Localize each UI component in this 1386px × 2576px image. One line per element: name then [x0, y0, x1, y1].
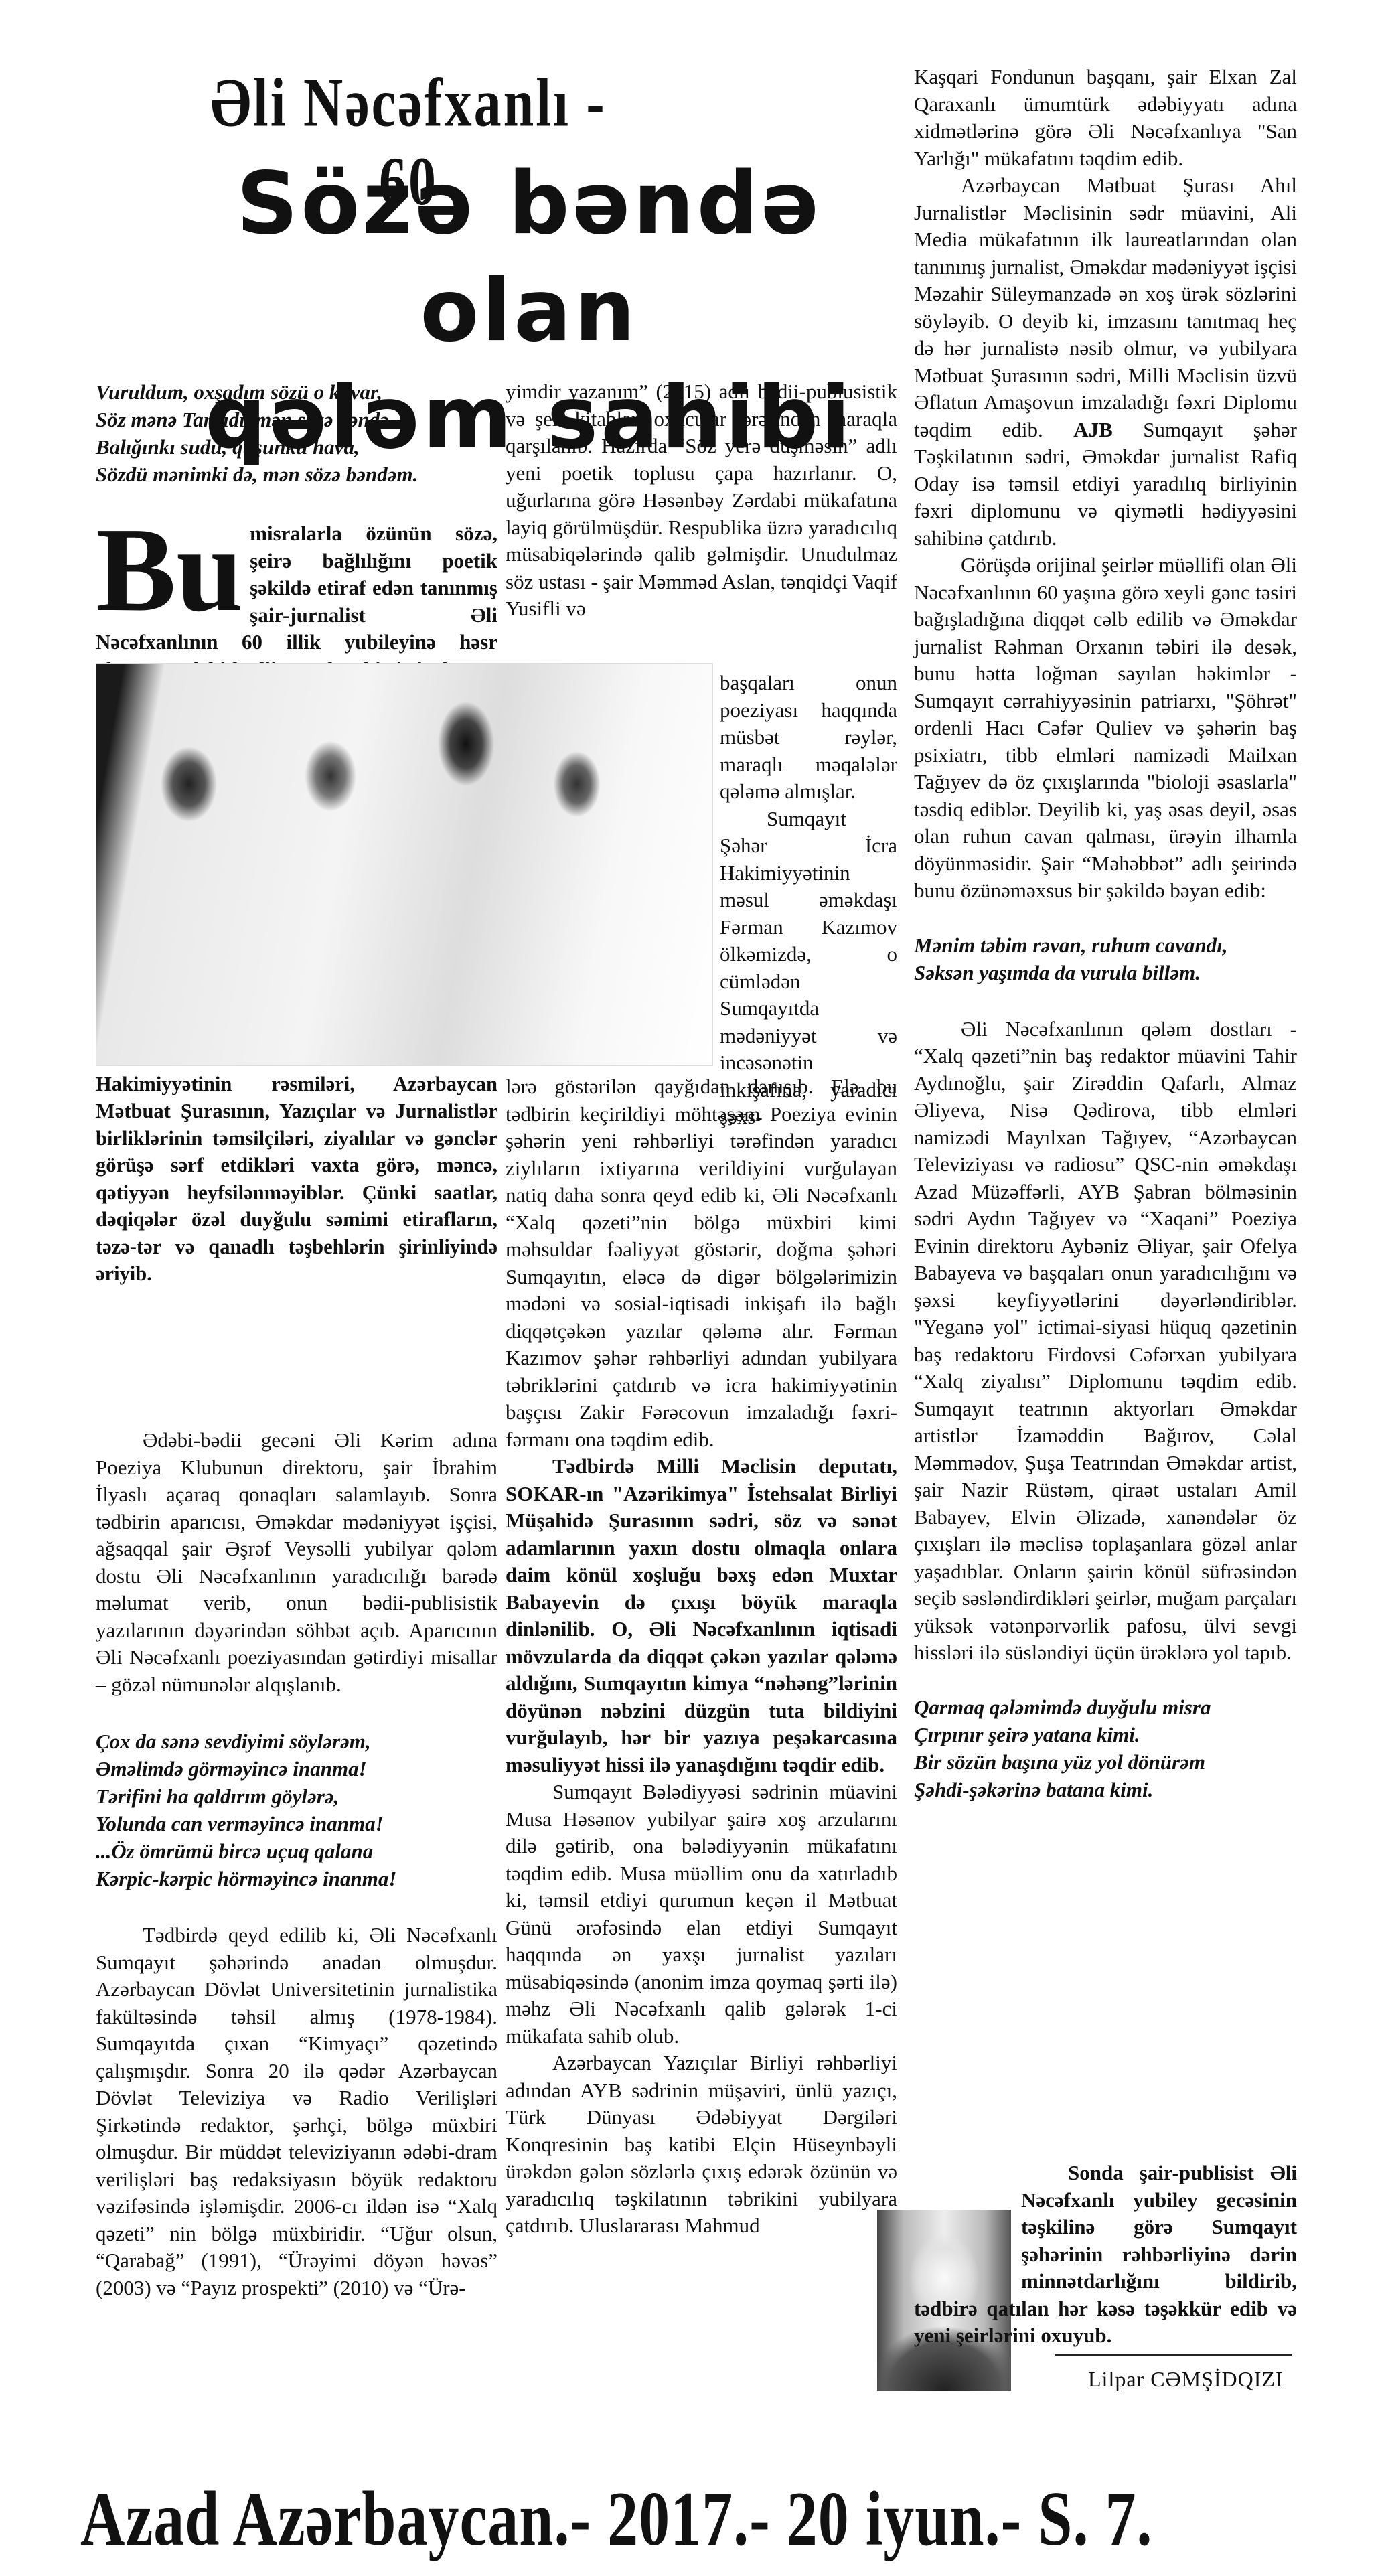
column-3: Kaşqari Fondunun başqanı, şair Elxan Zal… [914, 64, 1297, 1827]
poem-line: Qarmaq qələmimdə duyğulu misra [914, 1693, 1297, 1721]
paragraph-ayb: Azərbaycan Yazıçılar Birliyi rəhbərliyi … [506, 2050, 897, 2240]
poem-line: Vuruldum, oxşadım sözü o ki var, [96, 378, 497, 406]
paragraph-suleymanzade: Azərbaycan Mətbuat Şurası Ahıl Jurnalist… [914, 172, 1297, 552]
byline-rule [1055, 2354, 1292, 2356]
poem-mehebbet: Mənim təbim rəvan, ruhum cavandı, Səksən… [914, 931, 1297, 986]
poem-inanma: Çox da sənə sevdiyimi söylərəm, Əməlimdə… [96, 1728, 497, 1892]
poem-line: Sözdü mənimki də, mən sözə bəndəm. [96, 461, 497, 488]
poem-line: Çox da sənə sevdiyimi söylərəm, [96, 1728, 497, 1755]
headline-line-1: Sözə bəndə olan [154, 151, 904, 365]
column-2: yimdir yazanım” (2015) adlı bədii-publus… [506, 378, 897, 623]
paragraph-young-look: Görüşdə orijinal şeirlər müəllifi olan Ə… [914, 552, 1297, 905]
paragraph-qaraxanli: Kaşqari Fondunun başqanı, şair Elxan Zal… [914, 64, 1297, 172]
epigraph-poem: Vuruldum, oxşadım sözü o ki var, Söz mən… [96, 378, 497, 488]
source-citation: Azad Azərbaycan.- 2017.- 20 iyun.- S. 7. [80, 2474, 1152, 2563]
poem-line: Mənim təbim rəvan, ruhum cavandı, [914, 931, 1297, 959]
paragraph-opening-host: Ədəbi-bədii gecəni Əli Kərim adına Poezi… [96, 1427, 497, 1698]
paragraph-critics: başqaları onun poeziyası haqqında müsbət… [720, 670, 897, 806]
paragraph-hasanov: Sumqayıt Bələdiyyəsi sədrinin müavini Mu… [506, 1778, 897, 2050]
poem-line: Səksən yaşımda da vurula billəm. [914, 959, 1297, 986]
paragraph-kazimov-cont: lərə göstərilən qayğıdan danışıb. Elə bu… [506, 1073, 897, 1453]
closing-paragraph: Sonda şair-publisist Əli Nəcəfxanlı yubi… [914, 2160, 1297, 2350]
ajb-bold: AJB [1073, 418, 1113, 441]
drop-cap: Bu [96, 523, 243, 617]
paragraph-biography: Tədbirdə qeyd edilib ki, Əli Nəcəfxanlı … [96, 1922, 497, 2301]
paragraph-friends: Əli Nəcəfxanlının qələm dostları - “Xalq… [914, 1016, 1297, 1667]
group-photo [96, 663, 713, 1066]
poem-line: Əməlimdə görməyincə inanma! [96, 1755, 497, 1783]
column-1-continued: misralarla özünün sözə, şeirə bağlılığın… [96, 1073, 497, 2301]
byline: Lilpar CƏMŞİDQIZI [1088, 2367, 1284, 2392]
paragraph-books: yimdir yazanım” (2015) adlı bədii-publus… [506, 378, 897, 623]
column-2-lower: lərə göstərilən qayğıdan danışıb. Elə bu… [506, 1073, 897, 2240]
column-2-wrap: başqaları onun poeziyası haqqında müsbət… [720, 670, 897, 1131]
poem-line: Kərpic-kərpic hörməyincə inanma! [96, 1865, 497, 1892]
paragraph-babayev: Tədbirdə Milli Məclisin deputatı, SOKAR-… [506, 1453, 897, 1778]
poem-qarmaq: Qarmaq qələmimdə duyğulu misra Çırpınır … [914, 1693, 1297, 1803]
poem-line: Yolunda can verməyincə inanma! [96, 1810, 497, 1837]
poem-line: ...Öz ömrümü bircə uçuq qalana [96, 1837, 497, 1865]
poem-line: Tərifini ha qaldırım göylərə, [96, 1783, 497, 1810]
poem-line: Söz mənə Tanrıdı, mən sözə bəndə. [96, 406, 497, 433]
poem-line: Çırpınır şeirə yatana kimi. [914, 1721, 1297, 1748]
poem-line: Balığınkı sudu, quşunku hava, [96, 433, 497, 461]
poem-line: Bir sözün başına yüz yol dönürəm [914, 1748, 1297, 1776]
lead-continuation: misralarla özünün sözə, şeirə bağlılığın… [96, 1073, 497, 1422]
poem-line: Şəhdi-şəkərinə batana kimi. [914, 1776, 1297, 1803]
